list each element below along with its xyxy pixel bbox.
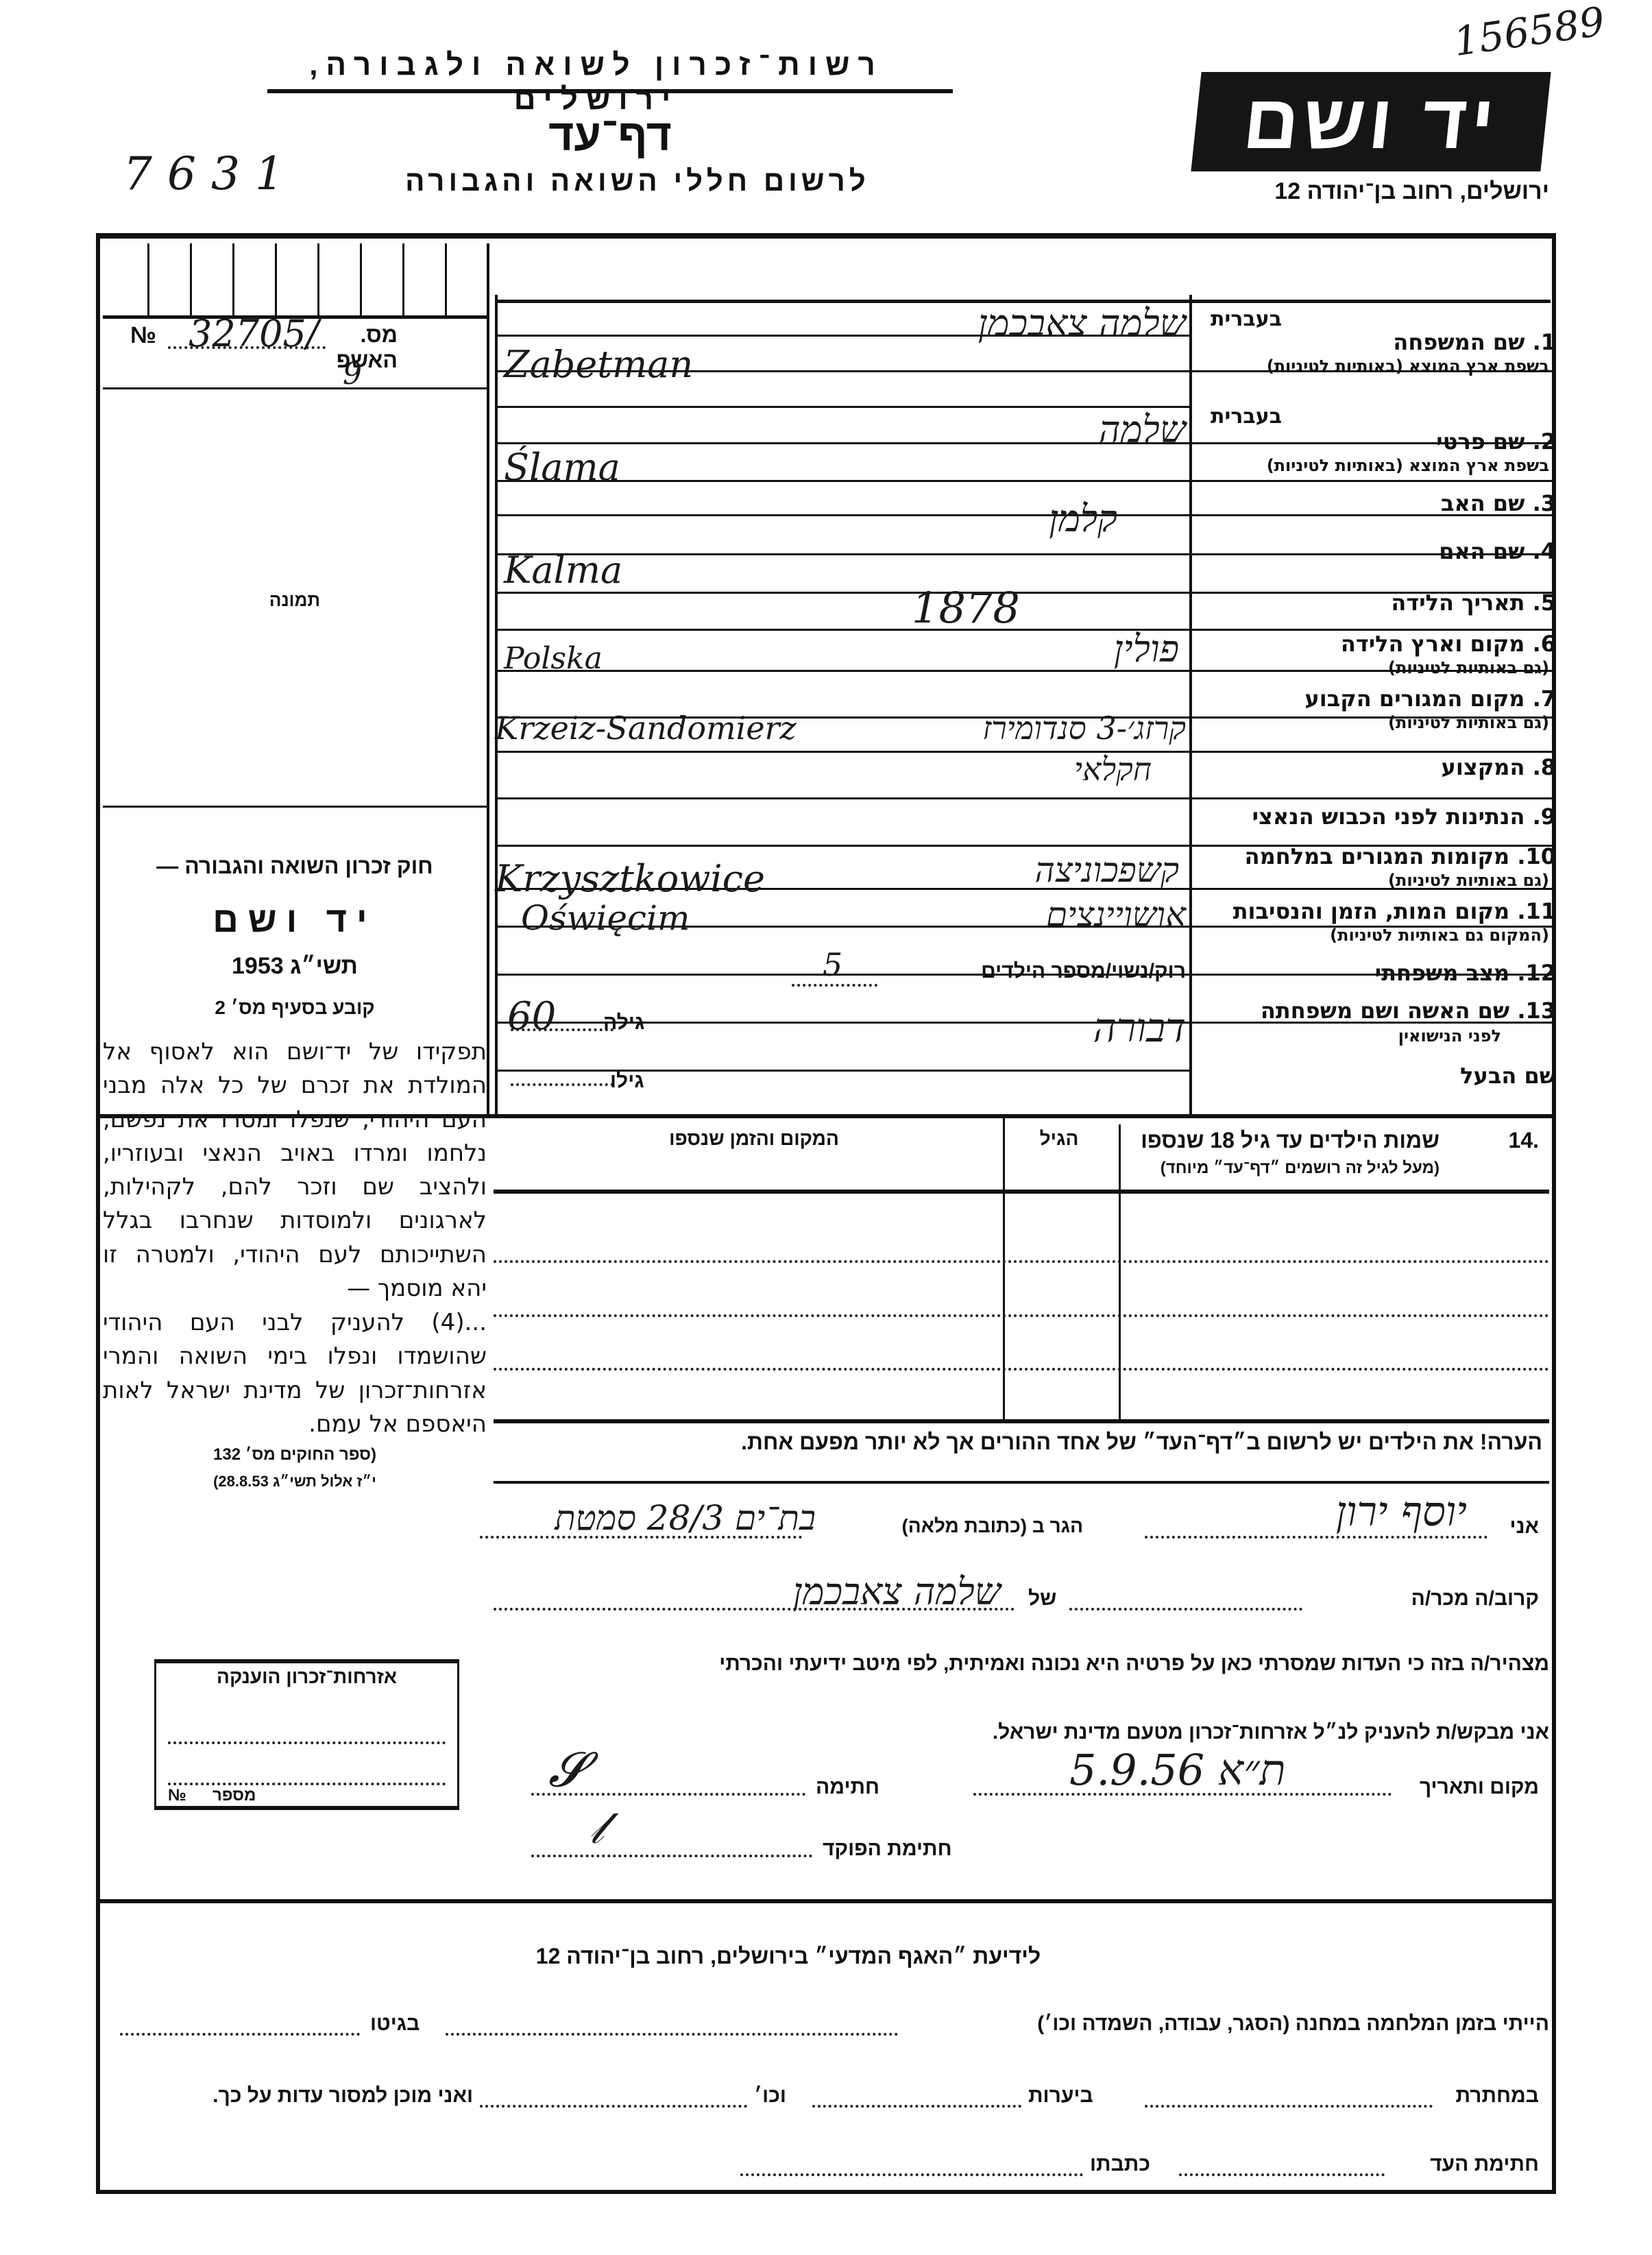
footer-underground-label: במחתרת [1456, 2084, 1539, 2108]
children-count-line [792, 984, 877, 987]
field-6-label: 6. מקום וארץ הלידה [1341, 631, 1556, 657]
children-row-line [494, 1314, 1549, 1317]
box-divider [147, 243, 149, 315]
field-10-text: מקומות המגורים במלחמה [1245, 843, 1510, 869]
file-number-value[interactable]: 32705/ [189, 312, 319, 355]
stamp-box-line [168, 1741, 446, 1744]
address-value[interactable]: בת־ים 28/3 סמטת [452, 1498, 816, 1538]
footer-witness-signature-label: חתימת העד [1430, 2153, 1539, 2176]
relation-label: קרוב/ה מכר/ה [1411, 1587, 1539, 1611]
law-paragraph-2: ...(4) להעניק לבני העם היהודי שהושמדו ונ… [103, 1306, 487, 1441]
field-2-num: 2. [1533, 429, 1556, 455]
box-divider [445, 243, 447, 315]
yad-vashem-logo: יד ושם [1191, 72, 1551, 171]
children-col-divider [1119, 1124, 1121, 1419]
number-sign: № [130, 322, 156, 349]
officer-signature-line [531, 1855, 812, 1857]
field-7-num: 7. [1533, 686, 1556, 712]
underground-line [1145, 2105, 1433, 2108]
photo-box-bottom [103, 806, 487, 808]
witness-address-line [740, 2173, 1083, 2176]
box-divider [275, 243, 277, 315]
box-divider [317, 243, 319, 315]
footer-address-label: כתבתו [1090, 2153, 1150, 2176]
wife-age-line [511, 1028, 614, 1031]
of-label: של [1028, 1587, 1056, 1611]
surname-hebrew-value[interactable]: שלמה צאבכמן [843, 302, 1186, 345]
first-name-latin-value[interactable]: Ślama [504, 446, 620, 489]
of-name-value[interactable]: שלמה צאבכמן [617, 1570, 1001, 1613]
field-1-num: 1. [1533, 329, 1556, 355]
children-count-value[interactable]: 5 [823, 946, 842, 983]
wife-name-value[interactable]: דבורה [960, 1004, 1186, 1051]
field-13-text: שם האשה ושם משפחתה [1261, 998, 1509, 1024]
profession-value[interactable]: חקלאי [946, 751, 1152, 788]
declarant-label: אני [1510, 1515, 1539, 1539]
data-column-left [495, 295, 498, 1118]
wartime-residence-latin-value[interactable]: Krzysztkowice [495, 857, 765, 900]
file-number-rule [103, 387, 487, 389]
marital-status-label: רוק/נשוי/מספר הילדים [884, 960, 1186, 983]
camp-line [446, 2033, 898, 2036]
wife-age-label: גילה [603, 1011, 644, 1035]
officer-signature-label: חתימת הפוקד [823, 1837, 952, 1861]
husband-name-label: שם הבעל [1460, 1063, 1556, 1089]
surname-latin-value[interactable]: Zabetman [504, 343, 693, 386]
col-place-header: המקום והזמן שנספו [521, 1128, 987, 1150]
children-bottom-rule [494, 1419, 1549, 1423]
stamp-number-label: מספר [212, 1786, 256, 1805]
death-place-hebrew-value[interactable]: אושויינצים [925, 895, 1186, 934]
footer-camp-label: הייתי בזמן המלחמה במחנה (הסגר, עבודה, הש… [905, 2012, 1549, 2036]
stamp-number-sign: № [168, 1786, 186, 1805]
children-header-rule [494, 1190, 1549, 1194]
row-rule [498, 797, 1553, 799]
signature-label: חתימה [816, 1776, 879, 1799]
stamp-box-line [168, 1783, 446, 1785]
officer-signature-mark[interactable]: 𝓁 [590, 1803, 604, 1854]
file-number-suffix: 9 [343, 357, 362, 391]
field-3-num: 3. [1533, 490, 1556, 516]
field-6-num: 6. [1533, 631, 1556, 657]
children-table-title: שמות הילדים עד גיל 18 שנספו [1124, 1128, 1440, 1153]
death-place-latin-value[interactable]: Oświęcim [521, 898, 690, 938]
footer-title: לידיעת ״האגף המדעי״ בירושלים, רחוב בן־יה… [480, 1944, 1097, 1969]
field-2-sub: בשפת ארץ המוצא (באותיות לטיניות) [1267, 456, 1549, 475]
ghetto-line [120, 2033, 360, 2036]
row-rule [498, 480, 1553, 482]
row-rule [498, 1070, 1190, 1072]
law-citation-2: י״ז אלול תשי״ג 28.8.53) [103, 1471, 487, 1493]
box-divider [360, 243, 362, 315]
place-date-label: מקום ותאריך [1420, 1776, 1539, 1799]
residing-label: הגר ב (כתובת מלאה) [809, 1515, 1083, 1537]
field-12-num: 12. [1517, 960, 1556, 986]
field-10-num: 10. [1517, 843, 1556, 869]
place-date-value[interactable]: ת״א 5.9.56 [1069, 1745, 1285, 1796]
box-divider [402, 243, 404, 315]
relation-line [1069, 1608, 1302, 1611]
husband-age-label: גילו [610, 1070, 644, 1093]
field-1-hebrew-tag: בעברית [1211, 307, 1282, 331]
wartime-residence-hebrew-value[interactable]: קשפכוניצה [912, 850, 1179, 890]
note-rule [494, 1481, 1549, 1484]
field-10-label: 10. מקומות המגורים במלחמה [1245, 843, 1556, 869]
first-name-hebrew-value[interactable]: שלמה [994, 408, 1186, 451]
footer-top-rule [96, 1899, 1556, 1903]
logo-address: ירושלים, רחוב בן־יהודה 12 [1186, 178, 1549, 205]
field-9-num: 9. [1533, 804, 1556, 830]
field-13-sub: לפני הנישואין [1398, 1026, 1501, 1046]
birthplace-latin-value[interactable]: Polska [504, 641, 603, 676]
field-6-sub: (גם באותיות לטיניות) [1388, 658, 1549, 677]
children-row-line [494, 1260, 1549, 1263]
birth-date-value[interactable]: 1878 [912, 583, 1020, 633]
field-2-label: 2. שם פרטי [1436, 429, 1556, 455]
field-7-text: מקום המגורים הקבוע [1304, 686, 1525, 712]
field-2-text: שם פרטי [1436, 429, 1525, 455]
declarant-line [1145, 1536, 1487, 1539]
declaration-statement: מצהיר/ה בזה כי העדות שמסרתי כאן על פרטיה… [494, 1652, 1549, 1676]
law-clause: קובע בסעיף מס׳ 2 [103, 994, 487, 1022]
form-title: דף־עד [480, 110, 740, 160]
field-11-num: 11. [1517, 898, 1556, 924]
law-year: תשי״ג 1953 [103, 950, 487, 983]
field-12-text: מצב משפחתי [1375, 960, 1509, 986]
field-5-text: תאריך הלידה [1391, 590, 1525, 616]
label-column-divider [1189, 295, 1192, 1118]
field-1-label: 1. שם המשפחה [1393, 329, 1556, 355]
field-12-label: 12. מצב משפחתי [1375, 960, 1556, 986]
forest-line [812, 2105, 1021, 2108]
footer-ghetto-label: בגיטו [370, 2012, 420, 2036]
field-5-num: 5. [1533, 590, 1556, 616]
sidebar-divider [487, 243, 489, 1114]
field-7-label: 7. מקום המגורים הקבוע [1304, 686, 1556, 712]
field-1-sub: בשפת ארץ המוצא (באותיות לטיניות) [1267, 357, 1549, 376]
father-name-hebrew-value[interactable]: קלמן [953, 497, 1117, 540]
residence-latin-value[interactable]: Krzeiz-Sandomierz [495, 710, 797, 747]
children-table-num: 14. [1509, 1128, 1539, 1153]
photo-label: תמונה [254, 590, 336, 611]
footer-forest-label: ביערות [1028, 2084, 1093, 2108]
field-3-text: שם האב [1441, 490, 1525, 516]
field-11-sub: (המקום גם באותיות לטיניות) [1330, 926, 1549, 945]
fields-bottom-rule [96, 1114, 1556, 1118]
law-name: יד ושם [103, 895, 487, 946]
col-age-header: הגיל [1008, 1128, 1110, 1150]
field-11-text: מקום המות, הזמן והנסיבות [1233, 898, 1509, 924]
children-table-subtitle: (מעל לגיל זה רושמים ״דף־עד״ מיוחד) [1124, 1159, 1440, 1178]
left-number-handwritten: 7631 [123, 147, 299, 200]
box-divider [232, 243, 234, 315]
field-4-label: 4. שם האם [1439, 538, 1556, 564]
field-10-sub: (גם באותיות לטיניות) [1388, 871, 1549, 890]
etc-line [480, 2105, 747, 2108]
field-13-label: 13. שם האשה ושם משפחתה [1261, 998, 1556, 1024]
field-3-label: 3. שם האב [1441, 490, 1556, 516]
declarant-name-value[interactable]: יוסף ירון [1165, 1488, 1467, 1536]
wife-age-value[interactable]: 60 [507, 994, 556, 1039]
field-4-text: שם האם [1439, 538, 1525, 564]
field-8-num: 8. [1533, 754, 1556, 780]
field-7-sub: (גם באותיות לטיניות) [1388, 713, 1549, 732]
box-divider [190, 243, 192, 315]
header-rule [267, 89, 953, 93]
stamp-box-title: אזרחות־זכרון הוענקה [161, 1666, 452, 1688]
field-5-label: 5. תאריך הלידה [1391, 590, 1556, 616]
field-2-hebrew-tag: בעברית [1211, 405, 1282, 429]
law-paragraph-1: תפקידו של יד־ושם הוא לאסוף אל המולדת את … [103, 1035, 487, 1305]
archive-number-handwritten: 156589 [1450, 0, 1607, 65]
citizenship-request: אני מבקש/ת להעניק לנ״ל אזרחות־זכרון מטעם… [781, 1721, 1549, 1744]
witness-signature-line [1179, 2173, 1385, 2176]
field-4-num: 4. [1533, 538, 1556, 564]
field-6-text: מקום וארץ הלידה [1341, 631, 1525, 657]
father-name-latin-value[interactable]: Kalma [504, 548, 622, 592]
field-1-text: שם המשפחה [1393, 329, 1525, 355]
form-subtitle: לרשום חללי השואה והגבורה [329, 165, 946, 197]
children-note: הערה! את הילדים יש לרשום ב״דף־העד״ של אח… [542, 1430, 1542, 1455]
field-8-label: 8. המקצוע [1442, 754, 1556, 780]
husband-age-line [511, 1083, 614, 1086]
signature-mark[interactable]: 𝓢 [548, 1741, 585, 1798]
organization-name: רשות־זכרון לשואה ולגבורה, ירושלים [267, 48, 925, 117]
field-8-text: המקצוע [1442, 754, 1525, 780]
birthplace-hebrew-value[interactable]: פולין [1015, 627, 1179, 671]
law-title: חוק זכרון השואה והגבורה — [103, 850, 487, 882]
footer-etc-label: וכו׳ [754, 2084, 786, 2108]
field-9-text: הנתינות לפני הכבוש הנאצי [1252, 804, 1525, 830]
children-col-divider [1003, 1118, 1005, 1419]
row-rule [498, 553, 1553, 555]
footer-ready-label: ואני מוכן למסור עדות על כך. [103, 2084, 473, 2108]
field-9-label: 9. הנתינות לפני הכבוש הנאצי [1252, 804, 1556, 830]
children-row-line [494, 1368, 1549, 1371]
field-13-num: 13. [1517, 998, 1556, 1024]
field-11-label: 11. מקום המות, הזמן והנסיבות [1233, 898, 1556, 924]
law-citation-1: (ספר החוקים מס׳ 132 [103, 1443, 487, 1467]
